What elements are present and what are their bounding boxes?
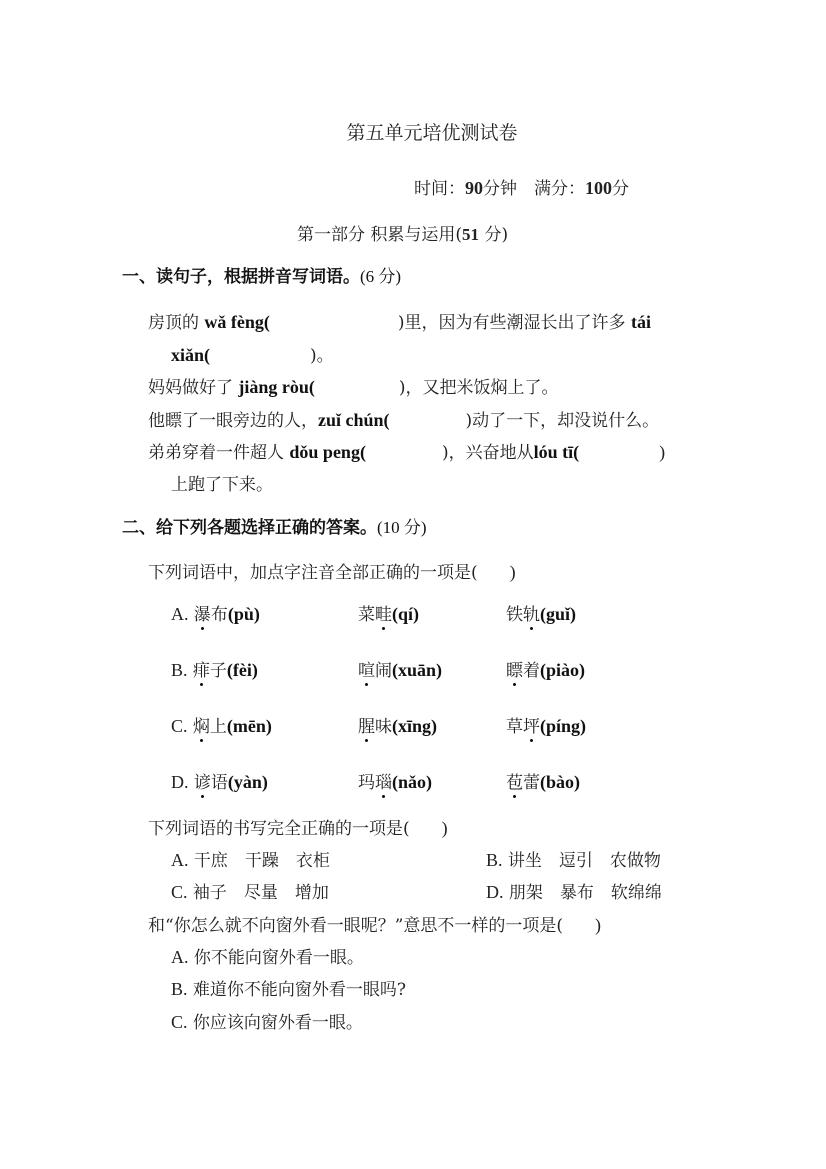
pinyin: tái bbox=[631, 312, 651, 332]
dotted-char: 谚 bbox=[194, 768, 211, 793]
q3-option-b[interactable]: B. 难道你不能向窗外看一眼吗? bbox=[171, 975, 406, 1000]
option-text: 朋架 暴布 软绵绵 bbox=[509, 883, 662, 903]
pinyin: zuǐ chún( bbox=[318, 410, 390, 430]
pinyin: wǎ fèng( bbox=[204, 312, 270, 332]
pinyin: lóu tī( bbox=[534, 442, 580, 462]
time-unit: 分钟 bbox=[483, 179, 517, 199]
section1-heading: 一、读句子，根据拼音写词语。(6 分) bbox=[122, 262, 401, 287]
q2-option-a[interactable]: A. 干庶 干躁 衣柜 bbox=[171, 846, 330, 871]
exam-title: 第五单元培优测试卷 bbox=[0, 118, 826, 145]
q1-option-a-word-3: 铁轨(guǐ) bbox=[506, 600, 576, 625]
part-suffix: 分) bbox=[479, 225, 508, 245]
option-text: 讲坐 逗引 农做物 bbox=[508, 851, 661, 871]
text: ) bbox=[659, 442, 665, 462]
option-letter: A. bbox=[171, 947, 189, 967]
option-letter: A. bbox=[171, 850, 189, 870]
text: 妈妈做好了 bbox=[148, 378, 238, 398]
char: 玛 bbox=[358, 773, 375, 793]
part-heading: 第一部分 积累与运用(51 分) bbox=[297, 220, 508, 245]
char: 闹 bbox=[375, 661, 392, 681]
section1-points: (6 分) bbox=[360, 267, 401, 286]
pinyin: (yàn) bbox=[228, 772, 268, 792]
text: 和“你怎么就不向窗外看一眼呢？”意思不一样的一项是( bbox=[148, 916, 563, 936]
section2-heading: 二、给下列各题选择正确的答案。(10 分) bbox=[122, 513, 427, 538]
dotted-char: 焖 bbox=[193, 712, 210, 737]
pinyin: (guǐ) bbox=[540, 604, 576, 624]
q1-option-c-word-3: 草坪(píng) bbox=[506, 712, 586, 737]
text: )，又把米饭焖上了。 bbox=[399, 378, 559, 398]
sentence-4-cont: 上跑了下来。 bbox=[171, 470, 273, 495]
text: 下列词语的书写完全正确的一项是( bbox=[148, 819, 410, 839]
text: 他瞟了一眼旁边的人， bbox=[148, 411, 318, 431]
q3-option-a[interactable]: A. 你不能向窗外看一眼。 bbox=[171, 943, 364, 968]
pinyin: (pù) bbox=[228, 604, 260, 624]
pinyin: (fèi) bbox=[227, 660, 258, 680]
time-value: 90 bbox=[465, 178, 483, 198]
option-letter: B. bbox=[171, 660, 188, 680]
dotted-char: 畦 bbox=[375, 600, 392, 625]
q1-option-a-word-1[interactable]: A. 瀑布(pù) bbox=[171, 600, 260, 625]
option-letter: D. bbox=[171, 772, 189, 792]
q1-option-c-word-2: 腥味(xīng) bbox=[358, 712, 437, 737]
option-letter: B. bbox=[171, 979, 188, 999]
pinyin: (piào) bbox=[540, 660, 585, 680]
option-text: 你不能向窗外看一眼。 bbox=[194, 948, 364, 968]
part-label: 第一部分 积累与运用( bbox=[297, 225, 462, 245]
dotted-char: 瞟 bbox=[506, 656, 523, 681]
char: 味 bbox=[375, 717, 392, 737]
text: ) bbox=[442, 818, 448, 838]
option-letter: A. bbox=[171, 604, 189, 624]
section2-title: 二、给下列各题选择正确的答案。 bbox=[122, 518, 377, 538]
q3-stem: 和“你怎么就不向窗外看一眼呢？”意思不一样的一项是() bbox=[148, 911, 601, 936]
pinyin: xiǎn( bbox=[171, 345, 210, 365]
text: )动了一下，却没说什么。 bbox=[466, 411, 660, 431]
q1-stem: 下列词语中，加点字注音全部正确的一项是() bbox=[148, 558, 516, 583]
dotted-char: 喧 bbox=[358, 656, 375, 681]
score-value: 100 bbox=[585, 178, 612, 198]
option-text: 你应该向窗外看一眼。 bbox=[193, 1013, 363, 1033]
char: 蕾 bbox=[523, 773, 540, 793]
section2-points: (10 分) bbox=[377, 518, 427, 537]
option-letter: C. bbox=[171, 716, 188, 736]
pinyin: (nǎo) bbox=[392, 772, 432, 792]
dotted-char: 瀑 bbox=[194, 600, 211, 625]
pinyin: (qí) bbox=[392, 604, 419, 624]
pinyin: (bào) bbox=[540, 772, 580, 792]
char: 上 bbox=[210, 717, 227, 737]
dotted-char: 坪 bbox=[523, 712, 540, 737]
q3-option-c[interactable]: C. 你应该向窗外看一眼。 bbox=[171, 1008, 363, 1033]
char: 菜 bbox=[358, 605, 375, 625]
text: )里，因为有些潮湿长出了许多 bbox=[398, 313, 631, 333]
dotted-char: 痱 bbox=[193, 656, 210, 681]
q2-stem: 下列词语的书写完全正确的一项是() bbox=[148, 814, 448, 839]
char: 布 bbox=[211, 605, 228, 625]
q1-option-d-word-3: 苞蕾(bào) bbox=[506, 768, 580, 793]
q1-option-a-word-2: 菜畦(qí) bbox=[358, 600, 419, 625]
dotted-char: 苞 bbox=[506, 768, 523, 793]
text: ) bbox=[510, 562, 516, 582]
exam-meta: 时间：90分钟 满分：100分 bbox=[414, 174, 629, 199]
score-label: 满分： bbox=[534, 179, 585, 199]
option-letter: C. bbox=[171, 1012, 188, 1032]
part-points: 51 bbox=[462, 225, 479, 244]
pinyin: dǒu peng( bbox=[289, 442, 366, 462]
dotted-char: 腥 bbox=[358, 712, 375, 737]
q2-option-b[interactable]: B. 讲坐 逗引 农做物 bbox=[486, 846, 661, 871]
pinyin: jiàng ròu( bbox=[238, 377, 315, 397]
option-text: 干庶 干躁 衣柜 bbox=[194, 851, 330, 871]
char: 铁 bbox=[506, 605, 523, 625]
option-letter: B. bbox=[486, 850, 503, 870]
sentence-4: 弟弟穿着一件超人 dǒu peng()，兴奋地从lóu tī() bbox=[148, 438, 665, 463]
q1-option-d-word-2: 玛瑙(nǎo) bbox=[358, 768, 432, 793]
option-letter: C. bbox=[171, 882, 188, 902]
sentence-2: 妈妈做好了 jiàng ròu()，又把米饭焖上了。 bbox=[148, 373, 559, 398]
pinyin: (xīng) bbox=[392, 716, 437, 736]
text: )，兴奋地从 bbox=[442, 443, 534, 463]
char: 草 bbox=[506, 717, 523, 737]
pinyin: (mēn) bbox=[227, 716, 272, 736]
pinyin: (píng) bbox=[540, 716, 586, 736]
q1-option-c-word-1[interactable]: C. 焖上(mēn) bbox=[171, 712, 272, 737]
text: )。 bbox=[310, 346, 334, 366]
option-letter: D. bbox=[486, 882, 504, 902]
text: 弟弟穿着一件超人 bbox=[148, 443, 289, 463]
char: 着 bbox=[523, 661, 540, 681]
pinyin: (xuān) bbox=[392, 660, 442, 680]
q1-option-b-word-2: 喧闹(xuān) bbox=[358, 656, 442, 681]
char: 语 bbox=[211, 773, 228, 793]
dotted-char: 瑙 bbox=[375, 768, 392, 793]
q1-option-d-word-1[interactable]: D. 谚语(yàn) bbox=[171, 768, 268, 793]
sentence-3: 他瞟了一眼旁边的人，zuǐ chún()动了一下，却没说什么。 bbox=[148, 406, 659, 431]
sentence-1-cont: xiǎn()。 bbox=[171, 341, 334, 366]
option-text: 难道你不能向窗外看一眼吗? bbox=[193, 980, 406, 1000]
text: 下列词语中，加点字注音全部正确的一项是( bbox=[148, 563, 478, 583]
q1-option-b-word-3: 瞟着(piào) bbox=[506, 656, 585, 681]
option-text: 袖子 尽量 增加 bbox=[193, 883, 329, 903]
q2-option-c[interactable]: C. 袖子 尽量 增加 bbox=[171, 878, 329, 903]
sentence-1: 房顶的 wǎ fèng()里，因为有些潮湿长出了许多 tái bbox=[148, 308, 651, 333]
q1-option-b-word-1[interactable]: B. 痱子(fèi) bbox=[171, 656, 258, 681]
score-unit: 分 bbox=[612, 179, 629, 199]
text: 房顶的 bbox=[148, 313, 204, 333]
char: 子 bbox=[210, 661, 227, 681]
section1-title: 一、读句子，根据拼音写词语。 bbox=[122, 267, 360, 287]
dotted-char: 轨 bbox=[523, 600, 540, 625]
q2-option-d[interactable]: D. 朋架 暴布 软绵绵 bbox=[486, 878, 662, 903]
text: ) bbox=[595, 915, 601, 935]
time-label: 时间： bbox=[414, 179, 465, 199]
